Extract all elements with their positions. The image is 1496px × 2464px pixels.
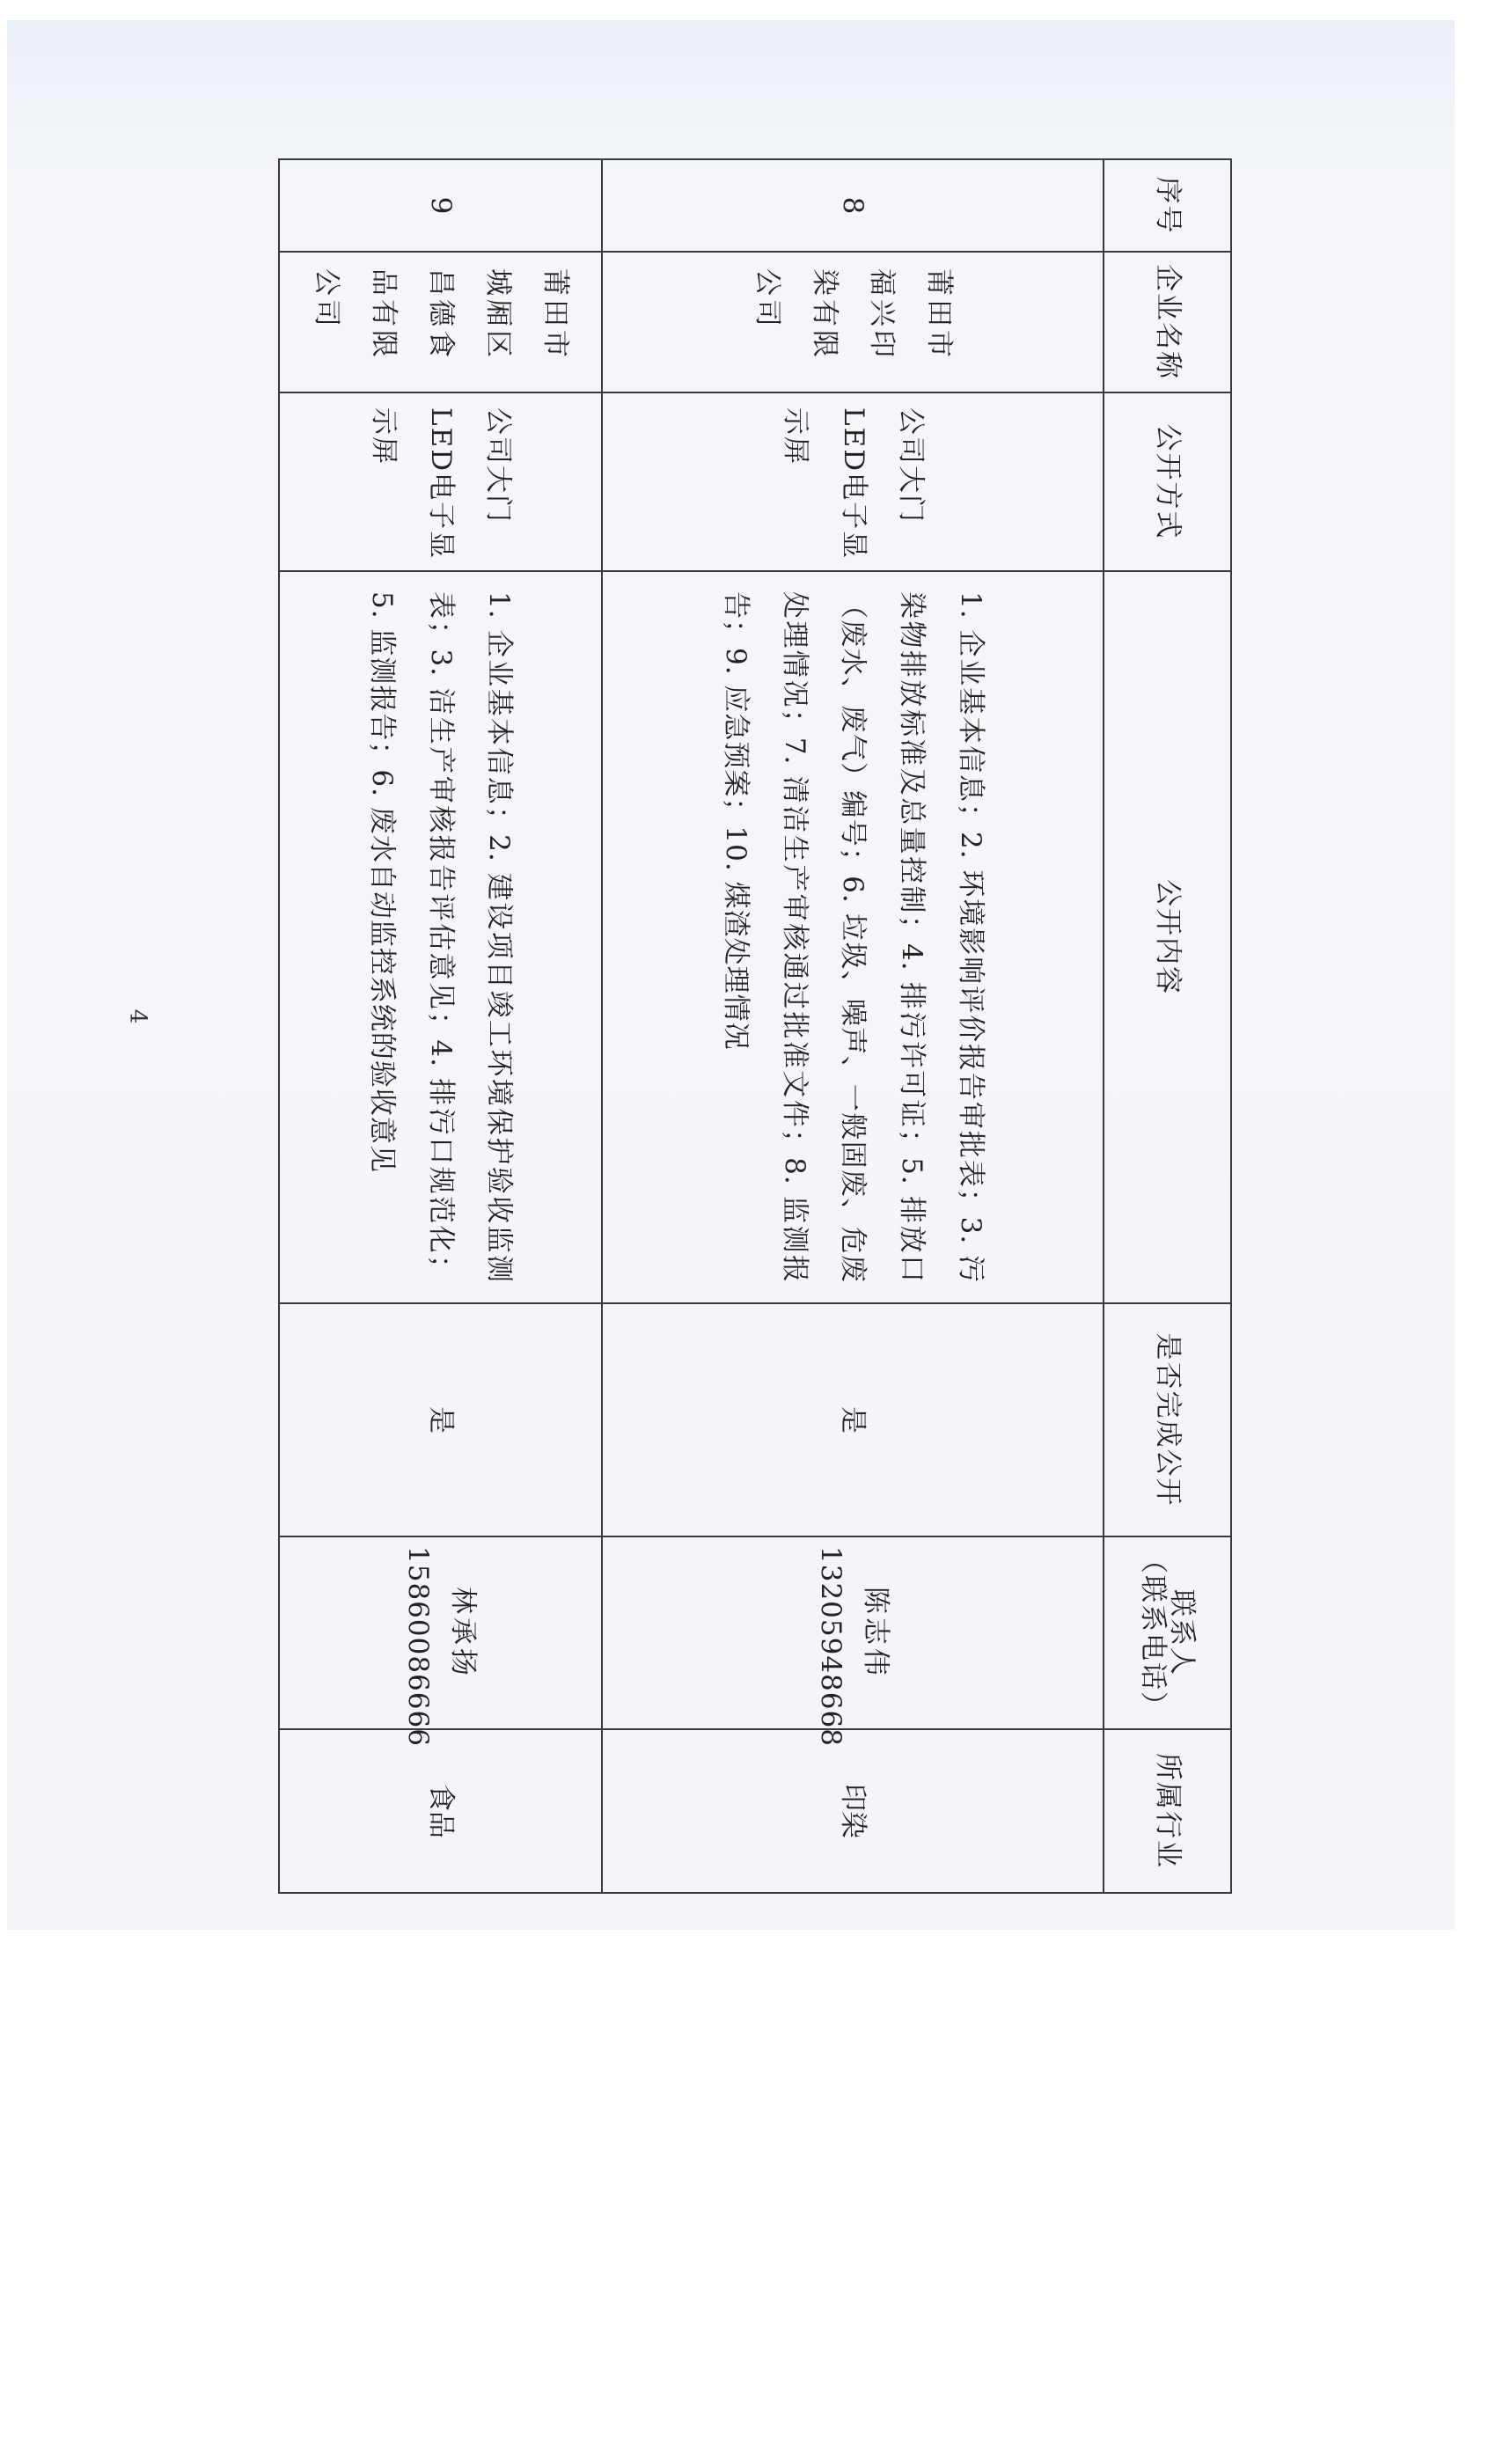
row-completed: 是 [279, 1303, 602, 1536]
header-content: 公开内容 [1104, 571, 1231, 1303]
table-header-row: 序号 企业名称 公开方式 公开内容 是否完成公开 联系人 （联系电话） 所属行业 [1104, 159, 1231, 1893]
contact-phone: 15860086666 [404, 1546, 433, 1720]
row-content: 1. 企业基本信息；2. 环境影响评价报告审批表；3. 污染物排放标准及总量控制… [602, 571, 1104, 1303]
contact-name: 陈志伟 [861, 1546, 890, 1720]
row-index: 9 [279, 159, 602, 252]
environmental-disclosure-table: 序号 企业名称 公开方式 公开内容 是否完成公开 联系人 （联系电话） 所属行业… [278, 158, 1232, 1894]
row-industry: 印染 [602, 1729, 1104, 1893]
header-completed: 是否完成公开 [1104, 1303, 1231, 1536]
row-content: 1. 企业基本信息；2. 建设项目竣工环境保护验收监测表；3. 洁生产审核报告评… [279, 571, 602, 1303]
contact-name: 林承扬 [449, 1546, 478, 1720]
header-method: 公开方式 [1104, 392, 1231, 571]
row-completed: 是 [602, 1303, 1104, 1536]
header-company: 企业名称 [1104, 252, 1231, 392]
row-company: 莆田市城厢区昌德食品有限公司 [279, 252, 602, 392]
row-industry: 食品 [279, 1729, 602, 1893]
row-method: 公司大门LED电子显示屏 [279, 392, 602, 571]
rotated-table: 序号 企业名称 公开方式 公开内容 是否完成公开 联系人 （联系电话） 所属行业… [280, 158, 1232, 1892]
header-contact-line1: 联系人 [1166, 1589, 1198, 1676]
table-row: 8 莆田市福兴印染有限公司 公司大门LED电子显示屏 1. 企业基本信息；2. … [602, 159, 1104, 1893]
row-contact: 陈志伟 13205948668 [602, 1536, 1104, 1729]
header-index: 序号 [1104, 159, 1231, 252]
table-row: 9 莆田市城厢区昌德食品有限公司 公司大门LED电子显示屏 1. 企业基本信息；… [279, 159, 602, 1893]
disclosure-table-container: 序号 企业名称 公开方式 公开内容 是否完成公开 联系人 （联系电话） 所属行业… [280, 158, 1232, 1892]
header-industry: 所属行业 [1104, 1729, 1231, 1893]
row-company: 莆田市福兴印染有限公司 [602, 252, 1104, 392]
header-contact: 联系人 （联系电话） [1104, 1536, 1231, 1729]
contact-phone: 13205948668 [816, 1546, 845, 1720]
row-index: 8 [602, 159, 1104, 252]
header-contact-line2: （联系电话） [1139, 1546, 1168, 1720]
row-contact: 林承扬 15860086666 [279, 1536, 602, 1729]
page-number: 4 [124, 1009, 150, 1024]
row-method: 公司大门LED电子显示屏 [602, 392, 1104, 571]
